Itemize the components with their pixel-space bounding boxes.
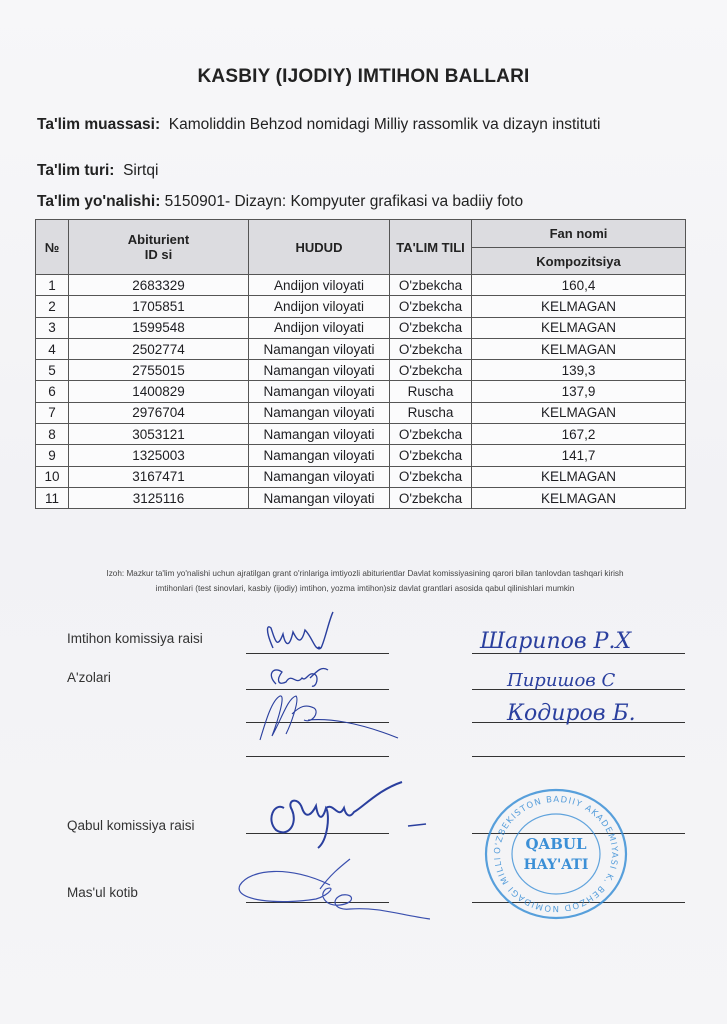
table-body: 12683329Andijon viloyatiO'zbekcha160,421… <box>36 275 686 509</box>
signature-exam-chair <box>255 610 365 660</box>
cell-no: 1 <box>36 275 69 296</box>
document-page: KASBIY (IJODIY) IMTIHON BALLARI Ta'lim m… <box>0 0 727 1024</box>
cell-score: KELMAGAN <box>472 338 686 359</box>
cell-applicant-id: 2976704 <box>69 402 249 423</box>
cell-applicant-id: 3053121 <box>69 424 249 445</box>
header-subject: Kompozitsiya <box>472 248 686 275</box>
exam-chair-label: Imtihon komissiya raisi <box>67 631 203 646</box>
cell-score: KELMAGAN <box>472 466 686 487</box>
institution-label: Ta'lim muassasi: <box>37 116 160 133</box>
signature-name-3: Кодиров Б. <box>505 690 685 730</box>
document-title: KASBIY (IJODIY) IMTIHON BALLARI <box>0 66 727 88</box>
cell-language: Ruscha <box>390 402 472 423</box>
signature-admission-chair <box>258 778 438 850</box>
cell-applicant-id: 2683329 <box>69 275 249 296</box>
cell-region: Andijon viloyati <box>249 317 390 338</box>
cell-score: 160,4 <box>472 275 686 296</box>
signature-line <box>246 756 389 757</box>
cell-score: KELMAGAN <box>472 402 686 423</box>
table-row: 12683329Andijon viloyatiO'zbekcha160,4 <box>36 275 686 296</box>
table-row: 72976704Namangan viloyatiRuschaKELMAGAN <box>36 402 686 423</box>
note-line2: imtihonlari (test sinovlari, kasbiy (ijo… <box>40 581 690 596</box>
header-id-line1: Abiturient <box>69 232 248 247</box>
cell-region: Namangan viloyati <box>249 445 390 466</box>
header-no: № <box>36 220 69 275</box>
cell-no: 9 <box>36 445 69 466</box>
cell-no: 5 <box>36 360 69 381</box>
cell-no: 8 <box>36 424 69 445</box>
cell-applicant-id: 3167471 <box>69 466 249 487</box>
signature-line <box>472 756 685 757</box>
cell-score: 141,7 <box>472 445 686 466</box>
note: Izoh: Mazkur ta'lim yo'nalishi uchun ajr… <box>40 566 690 596</box>
cell-score: KELMAGAN <box>472 487 686 508</box>
cell-score: 167,2 <box>472 424 686 445</box>
cell-applicant-id: 1325003 <box>69 445 249 466</box>
cell-language: O'zbekcha <box>390 487 472 508</box>
cell-applicant-id: 1599548 <box>69 317 249 338</box>
admission-chair-label: Qabul komissiya raisi <box>67 818 195 833</box>
cell-language: Ruscha <box>390 381 472 402</box>
cell-no: 4 <box>36 338 69 359</box>
table-row: 83053121Namangan viloyatiO'zbekcha167,2 <box>36 424 686 445</box>
cell-language: O'zbekcha <box>390 338 472 359</box>
header-region: HUDUD <box>249 220 390 275</box>
signature-name-1: Шарипов Р.Х <box>478 618 678 658</box>
cell-no: 11 <box>36 487 69 508</box>
cell-region: Namangan viloyati <box>249 402 390 423</box>
cell-applicant-id: 1705851 <box>69 296 249 317</box>
cell-region: Namangan viloyati <box>249 424 390 445</box>
cell-region: Namangan viloyati <box>249 360 390 381</box>
table-row: 103167471Namangan viloyatiO'zbekchaKELMA… <box>36 466 686 487</box>
cell-applicant-id: 1400829 <box>69 381 249 402</box>
cell-no: 10 <box>36 466 69 487</box>
cell-applicant-id: 2755015 <box>69 360 249 381</box>
cell-language: O'zbekcha <box>390 317 472 338</box>
svg-text:Кодиров Б.: Кодиров Б. <box>506 701 636 726</box>
cell-no: 6 <box>36 381 69 402</box>
direction-value: 5150901- Dizayn: Kompyuter grafikasi va … <box>165 193 523 210</box>
direction-line: Ta'lim yo'nalishi: 5150901- Dizayn: Komp… <box>37 193 523 211</box>
cell-score: KELMAGAN <box>472 317 686 338</box>
svg-text:Шарипов Р.Х: Шарипов Р.Х <box>479 629 632 654</box>
cell-language: O'zbekcha <box>390 296 472 317</box>
cell-score: 139,3 <box>472 360 686 381</box>
study-type-value: Sirtqi <box>123 162 158 179</box>
study-type-label: Ta'lim turi: <box>37 162 114 179</box>
cell-region: Andijon viloyati <box>249 296 390 317</box>
direction-label: Ta'lim yo'nalishi: <box>37 193 160 210</box>
signature-secretary <box>230 855 430 925</box>
cell-language: O'zbekcha <box>390 275 472 296</box>
header-language: TA'LIM TILI <box>390 220 472 275</box>
svg-text:HAY'ATI: HAY'ATI <box>524 857 589 873</box>
scores-table: № Abiturient ID si HUDUD TA'LIM TILI Fan… <box>35 219 686 509</box>
cell-region: Namangan viloyati <box>249 338 390 359</box>
cell-no: 7 <box>36 402 69 423</box>
cell-score: 137,9 <box>472 381 686 402</box>
table-row: 21705851Andijon viloyatiO'zbekchaKELMAGA… <box>36 296 686 317</box>
cell-score: KELMAGAN <box>472 296 686 317</box>
cell-no: 2 <box>36 296 69 317</box>
cell-language: O'zbekcha <box>390 445 472 466</box>
cell-applicant-id: 2502774 <box>69 338 249 359</box>
study-type-line: Ta'lim turi: Sirtqi <box>37 162 158 180</box>
cell-region: Namangan viloyati <box>249 381 390 402</box>
table-row: 61400829Namangan viloyatiRuscha137,9 <box>36 381 686 402</box>
table-row: 91325003Namangan viloyatiO'zbekcha141,7 <box>36 445 686 466</box>
header-applicant-id: Abiturient ID si <box>69 220 249 275</box>
cell-no: 3 <box>36 317 69 338</box>
note-line1: Izoh: Mazkur ta'lim yo'nalishi uchun ajr… <box>40 566 690 581</box>
institution-stamp: O'ZBEKISTON BADIIY AKADEMIYASI K. BEHZOD… <box>480 785 632 923</box>
table-row: 42502774Namangan viloyatiO'zbekchaKELMAG… <box>36 338 686 359</box>
cell-language: O'zbekcha <box>390 360 472 381</box>
cell-language: O'zbekcha <box>390 466 472 487</box>
header-id-line2: ID si <box>69 247 248 262</box>
svg-text:Пиришов С: Пиришов С <box>506 670 615 691</box>
signature-member-2 <box>248 690 428 748</box>
cell-region: Namangan viloyati <box>249 466 390 487</box>
cell-region: Namangan viloyati <box>249 487 390 508</box>
cell-region: Andijon viloyati <box>249 275 390 296</box>
members-label: A'zolari <box>67 670 111 685</box>
table-row: 31599548Andijon viloyatiO'zbekchaKELMAGA… <box>36 317 686 338</box>
header-subject-group: Fan nomi <box>472 220 686 248</box>
table-row: 113125116Namangan viloyatiO'zbekchaKELMA… <box>36 487 686 508</box>
cell-applicant-id: 3125116 <box>69 487 249 508</box>
institution-line: Ta'lim muassasi: Kamoliddin Behzod nomid… <box>37 116 600 134</box>
secretary-label: Mas'ul kotib <box>67 885 138 900</box>
svg-text:QABUL: QABUL <box>525 835 586 853</box>
table-row: 52755015Namangan viloyatiO'zbekcha139,3 <box>36 360 686 381</box>
cell-language: O'zbekcha <box>390 424 472 445</box>
institution-value: Kamoliddin Behzod nomidagi Milliy rassom… <box>169 116 601 133</box>
